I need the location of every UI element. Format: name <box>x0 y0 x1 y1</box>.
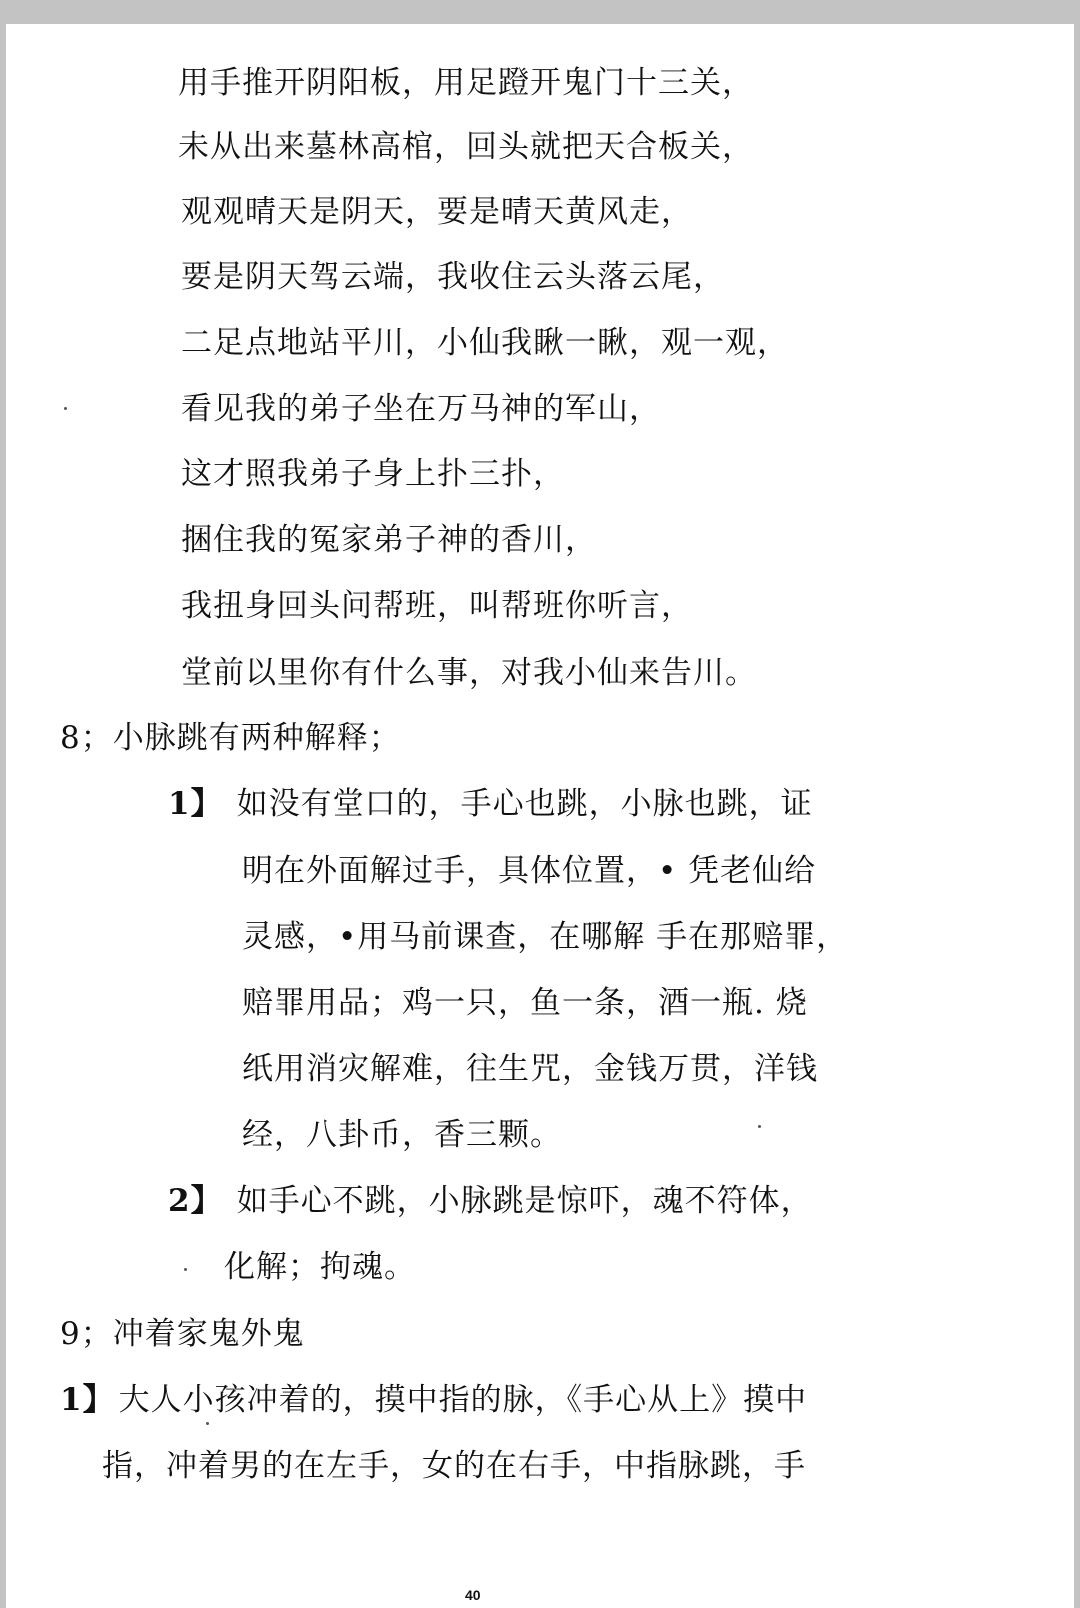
item-text-line: 赔罪用品；鸡一只，鱼一条，酒一瓶. 烧 <box>242 983 808 1023</box>
verse-line: 未从出来墓林高棺，回头就把天合板关， <box>178 127 754 167</box>
item-number: 1】 <box>60 1382 115 1418</box>
item-text: 如没有堂口的，手心也跳，小脉也跳，证 <box>237 786 813 822</box>
scanned-book-page: 用手推开阴阳板，用足蹬开鬼门十三关， 未从出来墓林高棺，回头就把天合板关， 观观… <box>6 24 1074 1608</box>
item-text-line: 指，冲着男的在左手，女的在右手，中指脉跳，手 <box>102 1446 806 1486</box>
section-heading-9: 9；冲着家鬼外鬼 <box>60 1314 305 1354</box>
scan-speck <box>206 1422 209 1425</box>
item-text-line: 纸用消灾解难，往生咒，金钱万贯，洋钱 <box>242 1049 818 1089</box>
verse-line: 这才照我弟子身上扑三扑， <box>181 454 565 494</box>
verse-line: 看见我的弟子坐在万马神的军山， <box>181 389 661 429</box>
item-text: 大人小孩冲着的，摸中指的脉，《手心从上》摸中 <box>119 1382 808 1418</box>
scan-speck <box>758 1125 761 1128</box>
scan-speck <box>64 407 67 410</box>
item-number: 1】 <box>168 786 223 822</box>
item-text: 如手心不跳，小脉跳是惊吓，魂不符体， <box>237 1183 813 1219</box>
scan-speck <box>184 1268 187 1271</box>
page-number: 40 <box>465 1587 481 1603</box>
item-text-line: 明在外面解过手，具体位置，• 凭老仙给 <box>242 851 816 891</box>
verse-line: 要是阴天驾云端，我收住云头落云尾， <box>181 257 725 297</box>
verse-line: 二足点地站平川，小仙我瞅一瞅，观一观， <box>181 323 789 363</box>
item-text-line: 灵感，•用马前课查，在哪解 手在那赔罪， <box>242 917 848 957</box>
item-text-line: 化解；拘魂。 <box>224 1247 416 1287</box>
item-text-line: 经，八卦币，香三颗。 <box>242 1115 562 1155</box>
verse-line: 我扭身回头问帮班，叫帮班你听言， <box>181 586 693 626</box>
list-item-marker: 2】如手心不跳，小脉跳是惊吓，魂不符体， <box>168 1181 813 1221</box>
verse-line: 观观晴天是阴天，要是晴天黄风走， <box>181 192 693 232</box>
verse-line: 用手推开阴阳板，用足蹬开鬼门十三关， <box>178 63 754 103</box>
list-item-marker: 1】如没有堂口的，手心也跳，小脉也跳，证 <box>168 784 813 824</box>
item-number: 2】 <box>168 1183 223 1219</box>
section-heading-8: 8；小脉跳有两种解释； <box>60 718 401 758</box>
list-item-marker: 1】大人小孩冲着的，摸中指的脉，《手心从上》摸中 <box>60 1380 807 1420</box>
verse-line: 捆住我的冤家弟子神的香川， <box>181 520 597 560</box>
verse-line: 堂前以里你有什么事，对我小仙来告川。 <box>181 653 757 693</box>
